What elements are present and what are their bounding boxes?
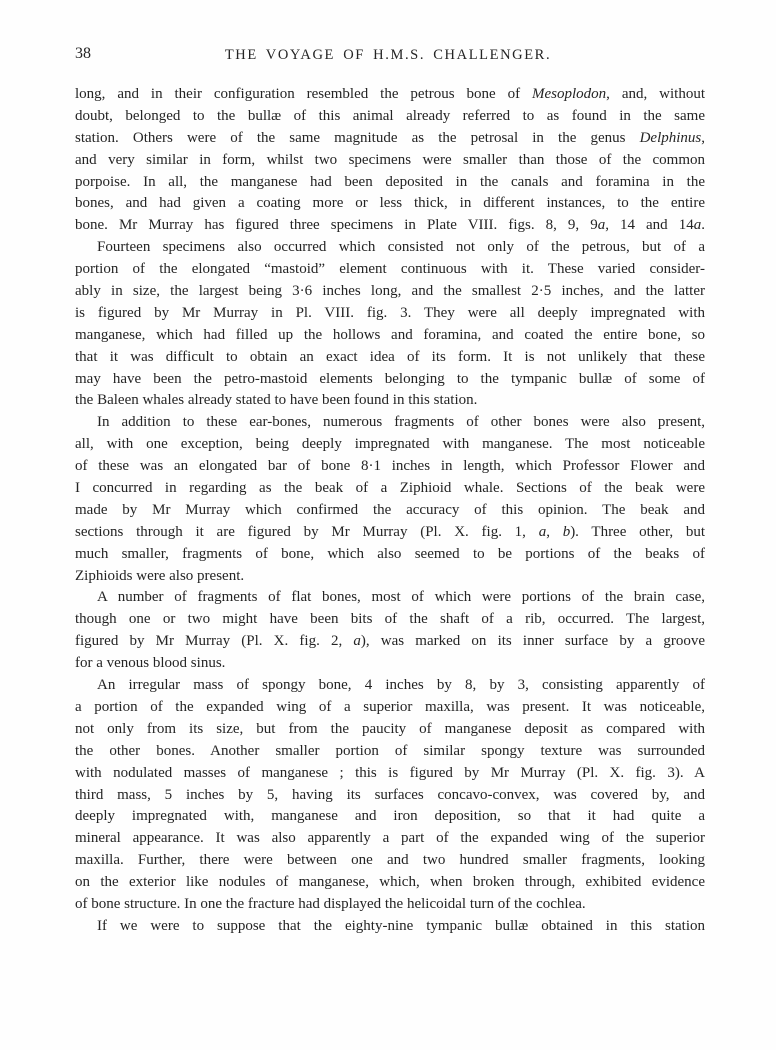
text-line: figured by Mr Murray (Pl. X. fig. 2, a),… — [75, 631, 705, 653]
text-line: all, with one exception, being deeply im… — [75, 434, 705, 456]
text-line: A number of fragments of flat bones, mos… — [75, 587, 705, 609]
text-line: the Baleen whales already stated to have… — [75, 390, 705, 412]
text-line: sections through it are figured by Mr Mu… — [75, 522, 705, 544]
text-line: a portion of the expanded wing of a supe… — [75, 697, 705, 719]
text-line: may have been the petro-mastoid elements… — [75, 369, 705, 391]
text-line: portion of the elongated “mastoid” eleme… — [75, 259, 705, 281]
text-line: of these was an elongated bar of bone 8·… — [75, 456, 705, 478]
text-line: the other bones. Another smaller portion… — [75, 741, 705, 763]
running-header: THE VOYAGE OF H.M.S. CHALLENGER. — [0, 46, 776, 64]
text-line: bone. Mr Murray has figured three specim… — [75, 215, 705, 237]
text-line: In addition to these ear-bones, numerous… — [75, 412, 705, 434]
text-line: with nodulated masses of manganese ; thi… — [75, 763, 705, 785]
text-line: mineral appearance. It was also apparent… — [75, 828, 705, 850]
text-line: An irregular mass of spongy bone, 4 inch… — [75, 675, 705, 697]
text-line: deeply impregnated with, manganese and i… — [75, 806, 705, 828]
text-line: that it was difficult to obtain an exact… — [75, 347, 705, 369]
text-line: third mass, 5 inches by 5, having its su… — [75, 785, 705, 807]
text-line: If we were to suppose that the eighty-ni… — [75, 916, 705, 938]
text-line: for a venous blood sinus. — [75, 653, 705, 675]
text-line: made by Mr Murray which confirmed the ac… — [75, 500, 705, 522]
text-line: though one or two might have been bits o… — [75, 609, 705, 631]
text-line: maxilla. Further, there were between one… — [75, 850, 705, 872]
text-line: and very similar in form, whilst two spe… — [75, 150, 705, 172]
text-line: manganese, which had filled up the hollo… — [75, 325, 705, 347]
text-line: bones, and had given a coating more or l… — [75, 193, 705, 215]
text-line: of bone structure. In one the fracture h… — [75, 894, 705, 916]
text-line: not only from its size, but from the pau… — [75, 719, 705, 741]
book-page: 38 THE VOYAGE OF H.M.S. CHALLENGER. long… — [0, 0, 776, 1050]
body-text: long, and in their configuration resembl… — [75, 84, 705, 938]
text-line: Fourteen specimens also occurred which c… — [75, 237, 705, 259]
text-line: on the exterior like nodules of manganes… — [75, 872, 705, 894]
text-line: ably in size, the largest being 3·6 inch… — [75, 281, 705, 303]
text-line: is figured by Mr Murray in Pl. VIII. fig… — [75, 303, 705, 325]
text-line: porpoise. In all, the manganese had been… — [75, 172, 705, 194]
text-line: long, and in their configuration resembl… — [75, 84, 705, 106]
text-line: station. Others were of the same magnitu… — [75, 128, 705, 150]
text-line: much smaller, fragments of bone, which a… — [75, 544, 705, 566]
text-line: doubt, belonged to the bullæ of this ani… — [75, 106, 705, 128]
text-line: I concurred in regarding as the beak of … — [75, 478, 705, 500]
text-line: Ziphioids were also present. — [75, 566, 705, 588]
